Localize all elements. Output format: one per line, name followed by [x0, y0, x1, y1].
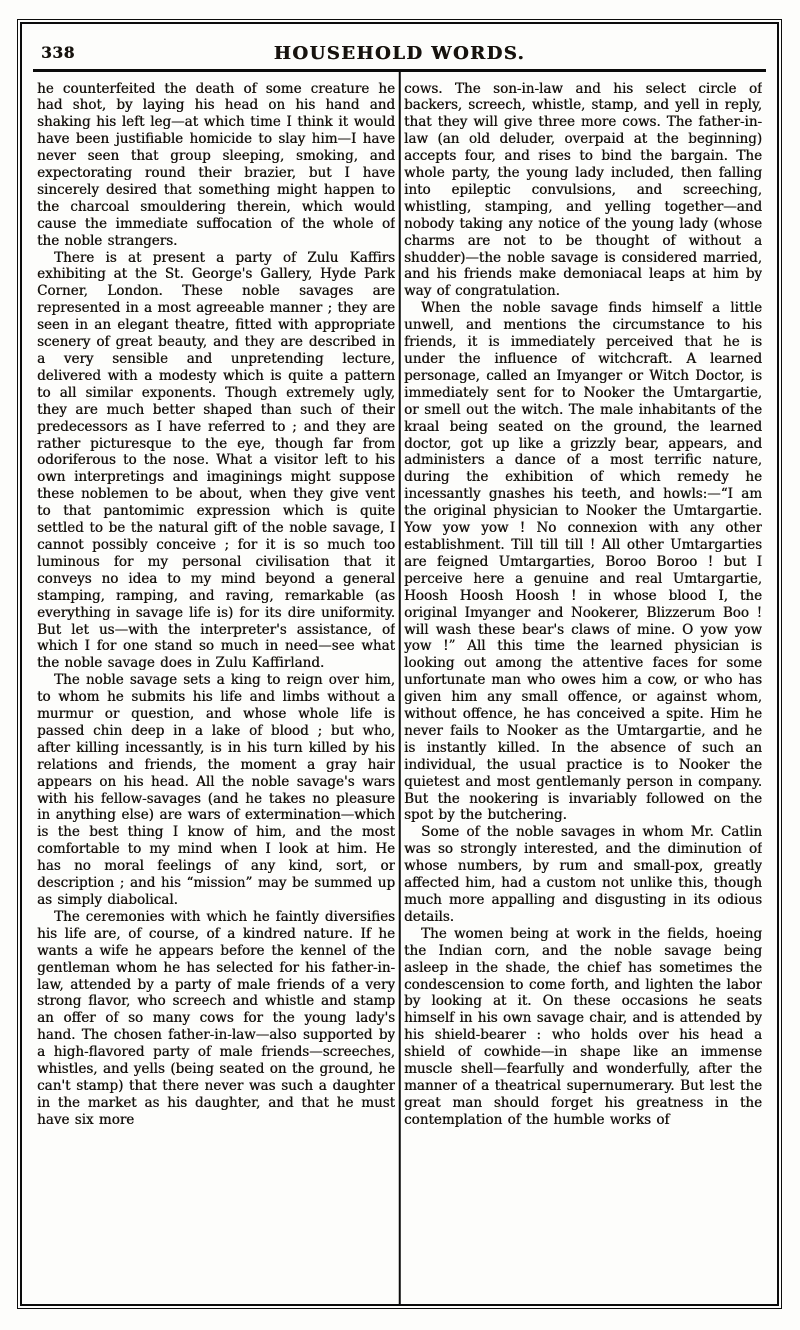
- right-column: cows. The son-in-law and his select circ…: [404, 81, 762, 1305]
- paragraph: Some of the noble savages in whom Mr. Ca…: [404, 824, 762, 925]
- paragraph: The ceremonies with which he faintly div…: [37, 909, 395, 1129]
- paragraph: The noble savage sets a king to reign ov…: [37, 672, 395, 909]
- left-column: he counterfeited the death of some creat…: [37, 81, 395, 1305]
- paragraph-continuation: he counterfeited the death of some creat…: [37, 81, 395, 250]
- page-header: 338 HOUSEHOLD WORDS.: [22, 24, 777, 69]
- article-body: he counterfeited the death of some creat…: [22, 72, 777, 1305]
- paragraph-continuation: cows. The son-in-law and his select circ…: [404, 81, 762, 301]
- page-inner-border: 338 HOUSEHOLD WORDS. he counterfeited th…: [20, 22, 779, 1306]
- paragraph: When the noble savage finds himself a li…: [404, 300, 762, 824]
- paragraph: There is at present a party of Zulu Kaff…: [37, 250, 395, 673]
- journal-title: HOUSEHOLD WORDS.: [22, 43, 777, 64]
- paragraph: The women being at work in the fields, h…: [404, 926, 762, 1129]
- page-outer-border: 338 HOUSEHOLD WORDS. he counterfeited th…: [17, 19, 782, 1309]
- scanned-page: 338 HOUSEHOLD WORDS. he counterfeited th…: [0, 0, 800, 1330]
- column-divider-rule: [398, 72, 401, 1305]
